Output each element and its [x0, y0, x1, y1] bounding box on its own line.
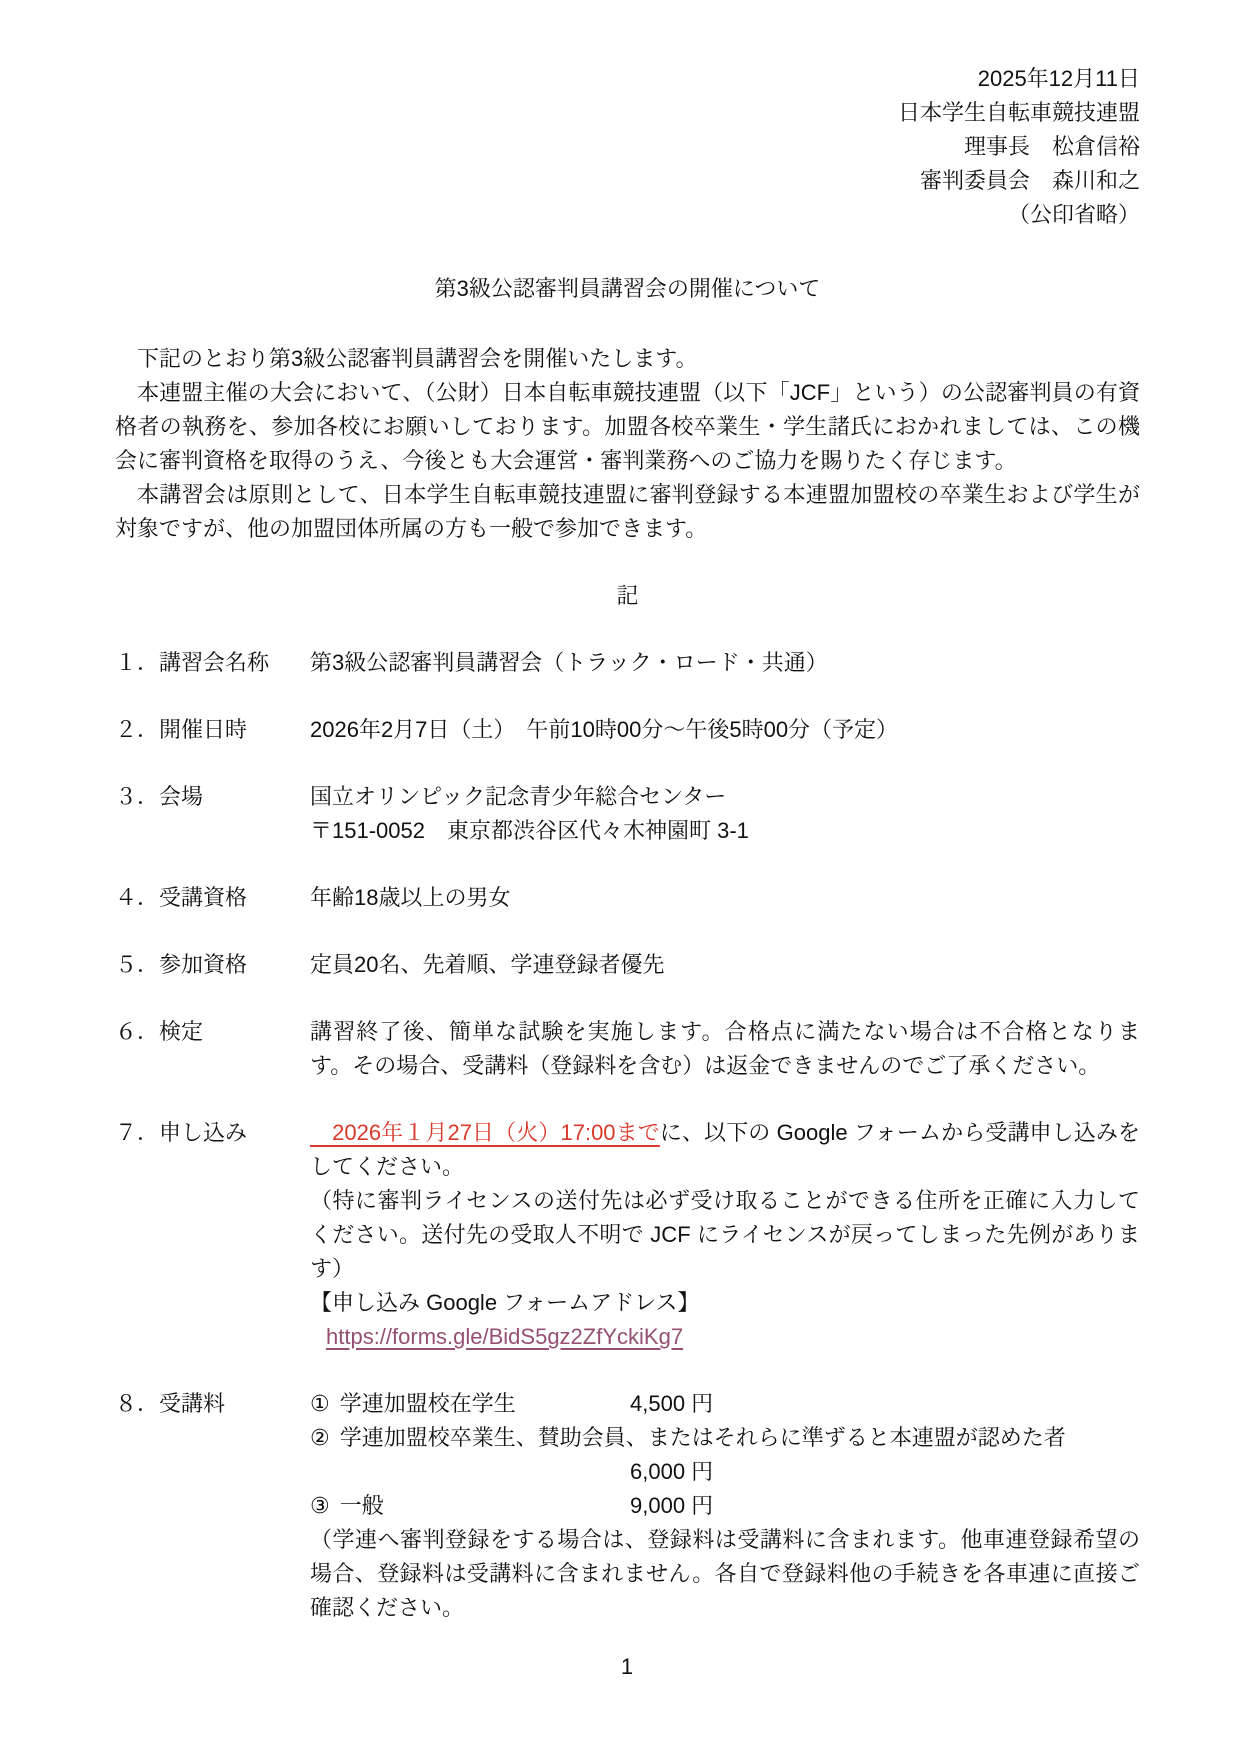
item-content: 2026年2月7日（土） 午前10時00分～午後5時00分（予定）: [310, 713, 1140, 747]
application-deadline: 2026年１月27日（火）17:00まで: [310, 1120, 660, 1145]
fee-amount-spacer: [310, 1455, 630, 1489]
fee-description: ③一般: [310, 1489, 630, 1523]
item-fees: ８．受講料 ①学連加盟校在学生 4,500 円 ②学連加盟校卒業生、賛助会員、ま…: [115, 1387, 1140, 1625]
header-president: 理事長 松倉信裕: [115, 130, 1140, 164]
item-application: ７．申し込み 2026年１月27日（火）17:00までに、以下の Google …: [115, 1116, 1140, 1354]
fee-row-students: ①学連加盟校在学生 4,500 円: [310, 1387, 1140, 1421]
form-link-line: https://forms.gle/BidS5gz2ZfYckiKg7: [326, 1320, 1140, 1354]
item-content: 国立オリンピック記念青少年総合センター 〒151-0052 東京都渋谷区代々木神…: [310, 780, 1140, 848]
items-list: １．講習会名称 第3級公認審判員講習会（トラック・ロード・共通） ２．開催日時 …: [115, 646, 1140, 1625]
fee-amount: 6,000 円: [630, 1455, 713, 1489]
document-header: 2025年12月11日 日本学生自転車競技連盟 理事長 松倉信裕 審判委員会 森…: [115, 62, 1140, 232]
item-label: ４．受講資格: [115, 881, 310, 915]
item-examination: ６．検定 講習終了後、簡単な試験を実施します。合格点に満たない場合は不合格となり…: [115, 1015, 1140, 1083]
application-note: （特に審判ライセンスの送付先は必ず受け取ることができる住所を正確に入力してくださ…: [310, 1184, 1140, 1286]
header-committee: 審判委員会 森川和之: [115, 164, 1140, 198]
item-course-name: １．講習会名称 第3級公認審判員講習会（トラック・ロード・共通）: [115, 646, 1140, 680]
fee-description: ②学連加盟校卒業生、賛助会員、またはそれらに準ずると本連盟が認めた者: [310, 1421, 1140, 1455]
item-label: ６．検定: [115, 1015, 310, 1049]
item-label: ２．開催日時: [115, 713, 310, 747]
document-title: 第3級公認審判員講習会の開催について: [115, 272, 1140, 306]
item-content: 定員20名、先着順、学連登録者優先: [310, 948, 1140, 982]
item-participation: ５．参加資格 定員20名、先着順、学連登録者優先: [115, 948, 1140, 982]
document-content: 2025年12月11日 日本学生自転車競技連盟 理事長 松倉信裕 審判委員会 森…: [0, 0, 1254, 1625]
fee-row-graduates: ②学連加盟校卒業生、賛助会員、またはそれらに準ずると本連盟が認めた者: [310, 1421, 1140, 1455]
notice-marker: 記: [115, 579, 1140, 613]
item-eligibility: ４．受講資格 年齢18歳以上の男女: [115, 881, 1140, 915]
intro-paragraph-3: 本講習会は原則として、日本学生自転車競技連盟に審判登録する本連盟加盟校の卒業生お…: [115, 478, 1140, 546]
fee-amount: 4,500 円: [630, 1387, 713, 1421]
fee-label: 一般: [340, 1493, 384, 1518]
item-venue: ３．会場 国立オリンピック記念青少年総合センター 〒151-0052 東京都渋谷…: [115, 780, 1140, 848]
fee-row-graduates-amount: 6,000 円: [310, 1455, 1140, 1489]
item-content: 講習終了後、簡単な試験を実施します。合格点に満たない場合は不合格となります。その…: [310, 1015, 1140, 1083]
application-deadline-line: 2026年１月27日（火）17:00までに、以下の Google フォームから受…: [310, 1116, 1140, 1184]
item-content: 2026年１月27日（火）17:00までに、以下の Google フォームから受…: [310, 1116, 1140, 1354]
form-address-heading: 【申し込み Google フォームアドレス】: [310, 1286, 1140, 1320]
venue-name: 国立オリンピック記念青少年総合センター: [310, 780, 1140, 814]
fee-number: ②: [310, 1425, 330, 1450]
item-label: ７．申し込み: [115, 1116, 310, 1150]
intro-paragraph-1: 下記のとおり第3級公認審判員講習会を開催いたします。: [115, 342, 1140, 376]
item-label: ３．会場: [115, 780, 310, 814]
header-organization: 日本学生自転車競技連盟: [115, 96, 1140, 130]
item-label: １．講習会名称: [115, 646, 310, 680]
fee-amount: 9,000 円: [630, 1489, 713, 1523]
fee-description: ①学連加盟校在学生: [310, 1387, 630, 1421]
fee-row-general: ③一般 9,000 円: [310, 1489, 1140, 1523]
item-label: ５．参加資格: [115, 948, 310, 982]
item-date-time: ２．開催日時 2026年2月7日（土） 午前10時00分～午後5時00分（予定）: [115, 713, 1140, 747]
fee-number: ③: [310, 1493, 330, 1518]
header-seal-note: （公印省略）: [115, 198, 1140, 232]
fee-label: 学連加盟校卒業生、賛助会員、またはそれらに準ずると本連盟が認めた者: [340, 1425, 1066, 1450]
fees-note: （学連へ審判登録をする場合は、登録料は受講料に含まれます。他車連登録希望の場合、…: [310, 1523, 1140, 1625]
item-content: 年齢18歳以上の男女: [310, 881, 1140, 915]
intro-paragraph-2: 本連盟主催の大会において、（公財）日本自転車競技連盟（以下「JCF」という）の公…: [115, 376, 1140, 478]
page-number: 1: [0, 1650, 1254, 1684]
intro-section: 下記のとおり第3級公認審判員講習会を開催いたします。 本連盟主催の大会において、…: [115, 342, 1140, 546]
fee-label: 学連加盟校在学生: [340, 1391, 516, 1416]
fee-number: ①: [310, 1391, 330, 1416]
item-label: ８．受講料: [115, 1387, 310, 1421]
venue-address: 〒151-0052 東京都渋谷区代々木神園町 3-1: [310, 814, 1140, 848]
item-content: ①学連加盟校在学生 4,500 円 ②学連加盟校卒業生、賛助会員、またはそれらに…: [310, 1387, 1140, 1625]
item-content: 第3級公認審判員講習会（トラック・ロード・共通）: [310, 646, 1140, 680]
google-form-link[interactable]: https://forms.gle/BidS5gz2ZfYckiKg7: [326, 1324, 683, 1349]
header-date: 2025年12月11日: [115, 62, 1140, 96]
document-page: 2025年12月11日 日本学生自転車競技連盟 理事長 松倉信裕 審判委員会 森…: [0, 0, 1254, 1759]
